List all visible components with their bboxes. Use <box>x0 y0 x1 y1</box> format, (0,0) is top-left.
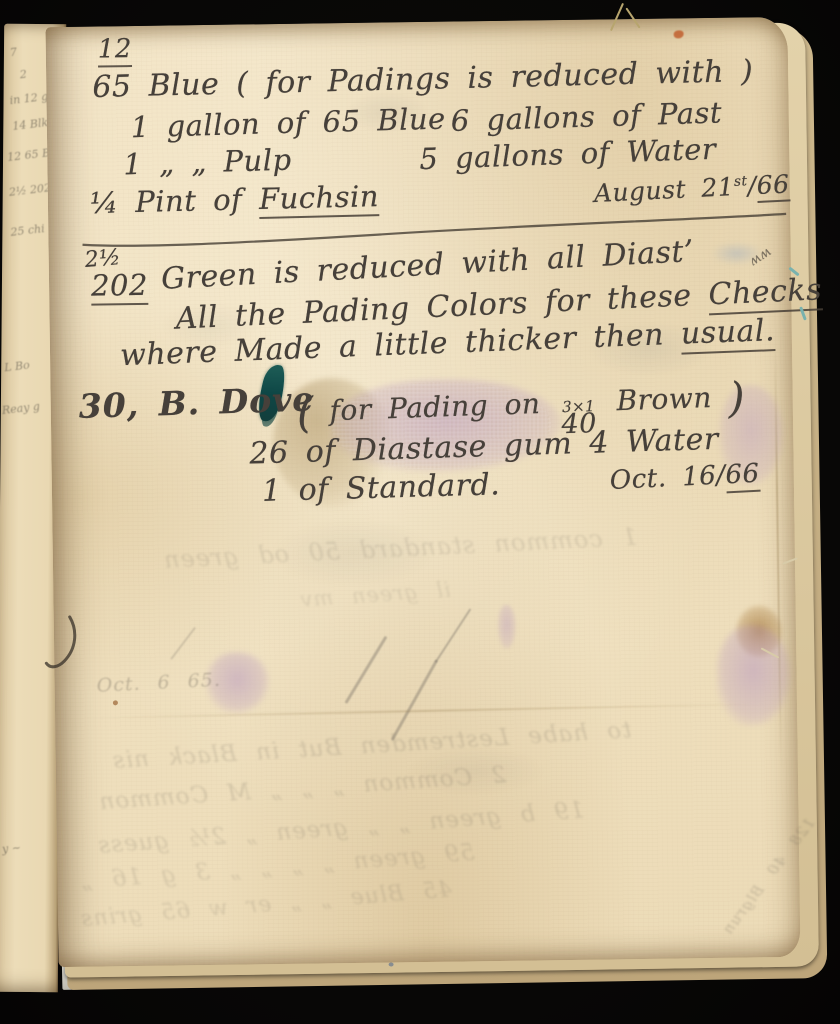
red-ink-speck <box>674 30 684 38</box>
gutter-note: Reay g <box>1 400 40 417</box>
close-paren: ) <box>727 373 745 423</box>
recipe2-margin-number: 202 <box>91 268 148 303</box>
show-through-line: 1 common standard 50 od green <box>162 523 638 574</box>
gutter-note: y ~ <box>1 841 21 856</box>
scanned-notebook-photo: 7 2 in 12 g 14 Blk 12 65 Blu 2½ 202 gun … <box>0 0 840 1024</box>
show-through-date: Oct. 6 65. <box>96 669 221 697</box>
recipe1-row2-right: 5 gallons of Water <box>419 132 717 176</box>
lavender-dye-speck <box>498 605 517 649</box>
rust-speck <box>113 700 118 705</box>
gutter-note: 7 <box>9 45 17 59</box>
stray-pen-hook-mark <box>34 613 81 684</box>
gutter-note: 25 chi <box>10 222 46 239</box>
page-number: 12 <box>98 34 133 64</box>
notebook-page: 12 65 Blue ( for Padings is reduced with… <box>45 17 800 967</box>
recipe1-row2-left: 1 „ „ Pulp <box>123 143 292 182</box>
recipe1-row1-right: 6 gallons of Past <box>450 95 722 138</box>
underlined-word: usual. <box>680 313 775 355</box>
pencil-stroke <box>170 627 196 660</box>
recipe1-row1-left: 1 gallon of 65 Blue <box>130 101 446 144</box>
underlined-word: Checks <box>708 272 823 315</box>
recipe1-row3: ¼ Pint of Fuchsin <box>90 179 380 220</box>
margin-squiggle: ʍʍ <box>747 244 775 269</box>
horizontal-crease <box>85 703 765 719</box>
recipe3-row2: 1 of Standard. <box>261 467 500 509</box>
underlined-word: Fuchsin <box>259 179 380 219</box>
recipe1-date: August 21st/66 <box>593 169 790 208</box>
rust-stain <box>736 605 783 658</box>
pencil-stroke <box>435 608 472 663</box>
recipe3-name: 30, B. Dove <box>78 379 315 425</box>
ink-speck <box>389 962 394 966</box>
gutter-note: in 12 g <box>9 90 49 107</box>
gutter-note: 2 <box>19 68 27 82</box>
show-through-line: il green mv <box>299 578 452 612</box>
gutter-note: L Bo <box>4 358 31 374</box>
pencil-stroke <box>344 636 387 704</box>
recipe3-date: Oct. 16/66 <box>609 459 760 496</box>
gutter-note: 14 Blk <box>12 116 49 133</box>
show-through-line: to habe Lestremden But in Black nis <box>111 717 632 774</box>
vertical-crease <box>774 347 782 767</box>
open-paren: ( <box>296 388 314 438</box>
